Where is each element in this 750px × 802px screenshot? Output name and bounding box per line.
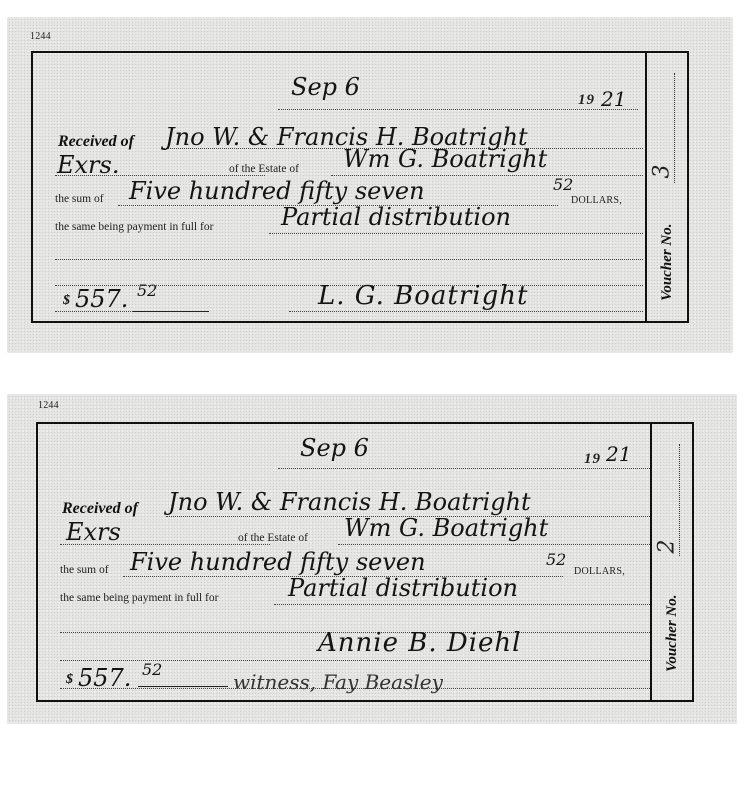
date-line [278,109,638,110]
role: Exrs [66,518,121,546]
amount-cents: 52 [137,281,157,300]
form-number: 1244 [38,400,59,411]
payment-for-label: the same being payment in full for [55,221,213,233]
witness-signature: witness, Fay Beasley [233,670,443,694]
dollars-label: DOLLARS, [571,195,622,206]
payment-for: Partial distribution [281,203,511,231]
sum-of-label: the sum of [55,193,104,205]
receipt-frame: Sep 6 19 21 Received of Jno W. & Francis… [31,51,689,323]
received-of-label: Received of [58,133,134,151]
payment-line [274,604,650,605]
receipt-frame: Sep 6 19 21 Received of Jno W. & Francis… [36,422,694,702]
year-prefix: 19 [578,92,595,109]
sum-words: Five hundred fifty seven [129,177,425,205]
amount-dollars: 557. [75,285,128,313]
voucher-label: Voucher No. [664,594,681,672]
role: Exrs. [57,151,119,179]
receipt-voucher-2: 1244 Sep 6 19 21 Received of Jno W. & Fr… [8,395,736,723]
dollar-sign: $ [66,672,73,688]
form-number: 1244 [30,31,51,42]
voucher-column: 3 Voucher No. [645,53,687,321]
amount-underline [133,311,209,312]
estate-of-label: of the Estate of [229,163,299,175]
voucher-number: 2 [655,540,680,554]
payment-for-label: the same being payment in full for [60,592,218,604]
estate-line [338,544,650,545]
blank-line [55,259,643,260]
payment-for: Partial distribution [288,574,518,602]
amount-cents: 52 [142,660,162,679]
estate-of-label: of the Estate of [238,532,308,544]
signature: L. G. Boatright [318,281,528,311]
estate-name: Wm G. Boatright [343,145,547,173]
voucher-label: Voucher No. [659,223,676,301]
amount-dollars: 557. [78,664,131,692]
date-month-day: Sep 6 [300,434,369,462]
year-suffix: 21 [606,442,631,466]
amount-underline [138,686,228,687]
voucher-number: 3 [650,165,675,179]
received-of-label: Received of [62,500,138,518]
estate-name: Wm G. Boatright [344,514,548,542]
year-prefix: 19 [584,451,601,468]
dollars-label: DOLLARS, [574,566,625,577]
sum-cents-fraction: 52 [553,175,573,194]
sum-of-label: the sum of [60,564,109,576]
signature-line [289,311,643,312]
date-month-day: Sep 6 [291,73,360,101]
signature: Annie B. Diehl [318,628,521,658]
estate-line [331,175,643,176]
sum-cents-fraction: 52 [546,550,566,569]
year-suffix: 21 [601,87,626,111]
date-line [278,468,650,469]
voucher-column: 2 Voucher No. [650,424,692,700]
sum-words: Five hundred fifty seven [130,548,426,576]
dollar-sign: $ [63,293,70,309]
received-from-name: Jno W. & Francis H. Boatright [168,488,531,516]
receipt-voucher-3: 1244 Sep 6 19 21 Received of Jno W. & Fr… [8,18,732,352]
payment-line [269,233,643,234]
